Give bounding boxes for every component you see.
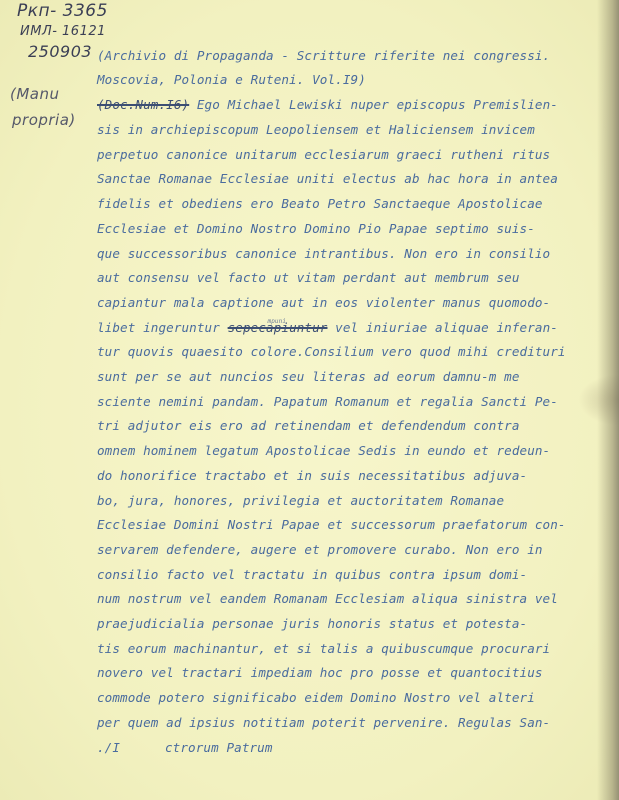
body-line-last: ctrorum Patrum [165,740,273,755]
handwritten-margin-note-2: propria) [12,113,76,128]
handwritten-margin-note-1: (Manu [10,87,60,102]
line-text: libet ingeruntur [97,320,228,335]
body-line: sunt per se aut nuncios seu literas ad e… [97,369,520,384]
body-line: libet ingeruntur sepecapiunturmpuni vel … [97,320,558,335]
body-line: perpetuo canonice unitarum ecclesiarum g… [97,147,550,162]
body-line: Sanctae Romanae Ecclesiae uniti electus … [97,171,558,186]
body-line: capiantur mala captione aut in eos viole… [97,295,550,310]
body-line: tis eorum machinantur, et si talis a qui… [97,641,550,656]
page-continuation-marker: ./I [97,740,120,755]
handwritten-archive-ref-2: ИМЛ- 16121 [20,25,106,38]
body-line: Ecclesiae Domini Nostri Papae et success… [97,517,566,532]
body-line: tur quovis quaesito colore.Consilium ver… [97,344,566,359]
line-text: vel iniuriae aliquae inferan- [327,320,557,335]
body-line: sis in archiepiscopum Leopoliensem et Ha… [97,122,535,137]
body-line: fidelis et obediens ero Beato Petro Sanc… [97,196,543,211]
body-line: commode potero significabo eidem Domino … [97,690,535,705]
handwritten-archive-ref-1: Ркп- 3365 [17,3,108,20]
header-line-1: (Archivio di Propaganda - Scritture rife… [97,48,550,63]
page-edge-shadow [597,0,619,800]
body-line: per quem ad ipsius notitiam poterit perv… [97,715,550,730]
body-line: consilio facto vel tractatu in quibus co… [97,567,527,582]
body-line: que successoribus canonice intrantibus. … [97,246,550,261]
body-line: bo, jura, honores, privilegia et auctori… [97,493,504,508]
struck-doc-number: (Doc.Num.I6) [97,97,189,112]
first-line-text: Ego Michael Lewiski nuper episcopus Prem… [189,97,558,112]
body-line: do honorifice tractabo et in suis necess… [97,468,527,483]
body-line: num nostrum vel eandem Romanam Ecclesiam… [97,591,558,606]
body-line-first: (Doc.Num.I6) Ego Michael Lewiski nuper e… [97,97,558,112]
body-line: sciente nemini pandam. Papatum Romanum e… [97,394,558,409]
body-line: tri adjutor eis ero ad retinendam et def… [97,418,520,433]
body-line: omnem hominem legatum Apostolicae Sedis … [97,443,550,458]
body-line: novero vel tractari impediam hoc pro pos… [97,665,543,680]
body-line: aut consensu vel facto ut vitam perdant … [97,270,520,285]
scanned-document-page: Ркп- 3365 ИМЛ- 16121 250903 (Manu propri… [0,0,619,800]
body-line: servarem defendere, augere et promovere … [97,542,543,557]
body-line: praejudicialia personae juris honoris st… [97,616,527,631]
handwritten-archive-ref-3: 250903 [28,44,92,60]
body-line: Ecclesiae et Domino Nostro Domino Pio Pa… [97,221,535,236]
header-line-2: Moscovia, Polonia e Ruteni. Vol.I9) [97,72,366,87]
